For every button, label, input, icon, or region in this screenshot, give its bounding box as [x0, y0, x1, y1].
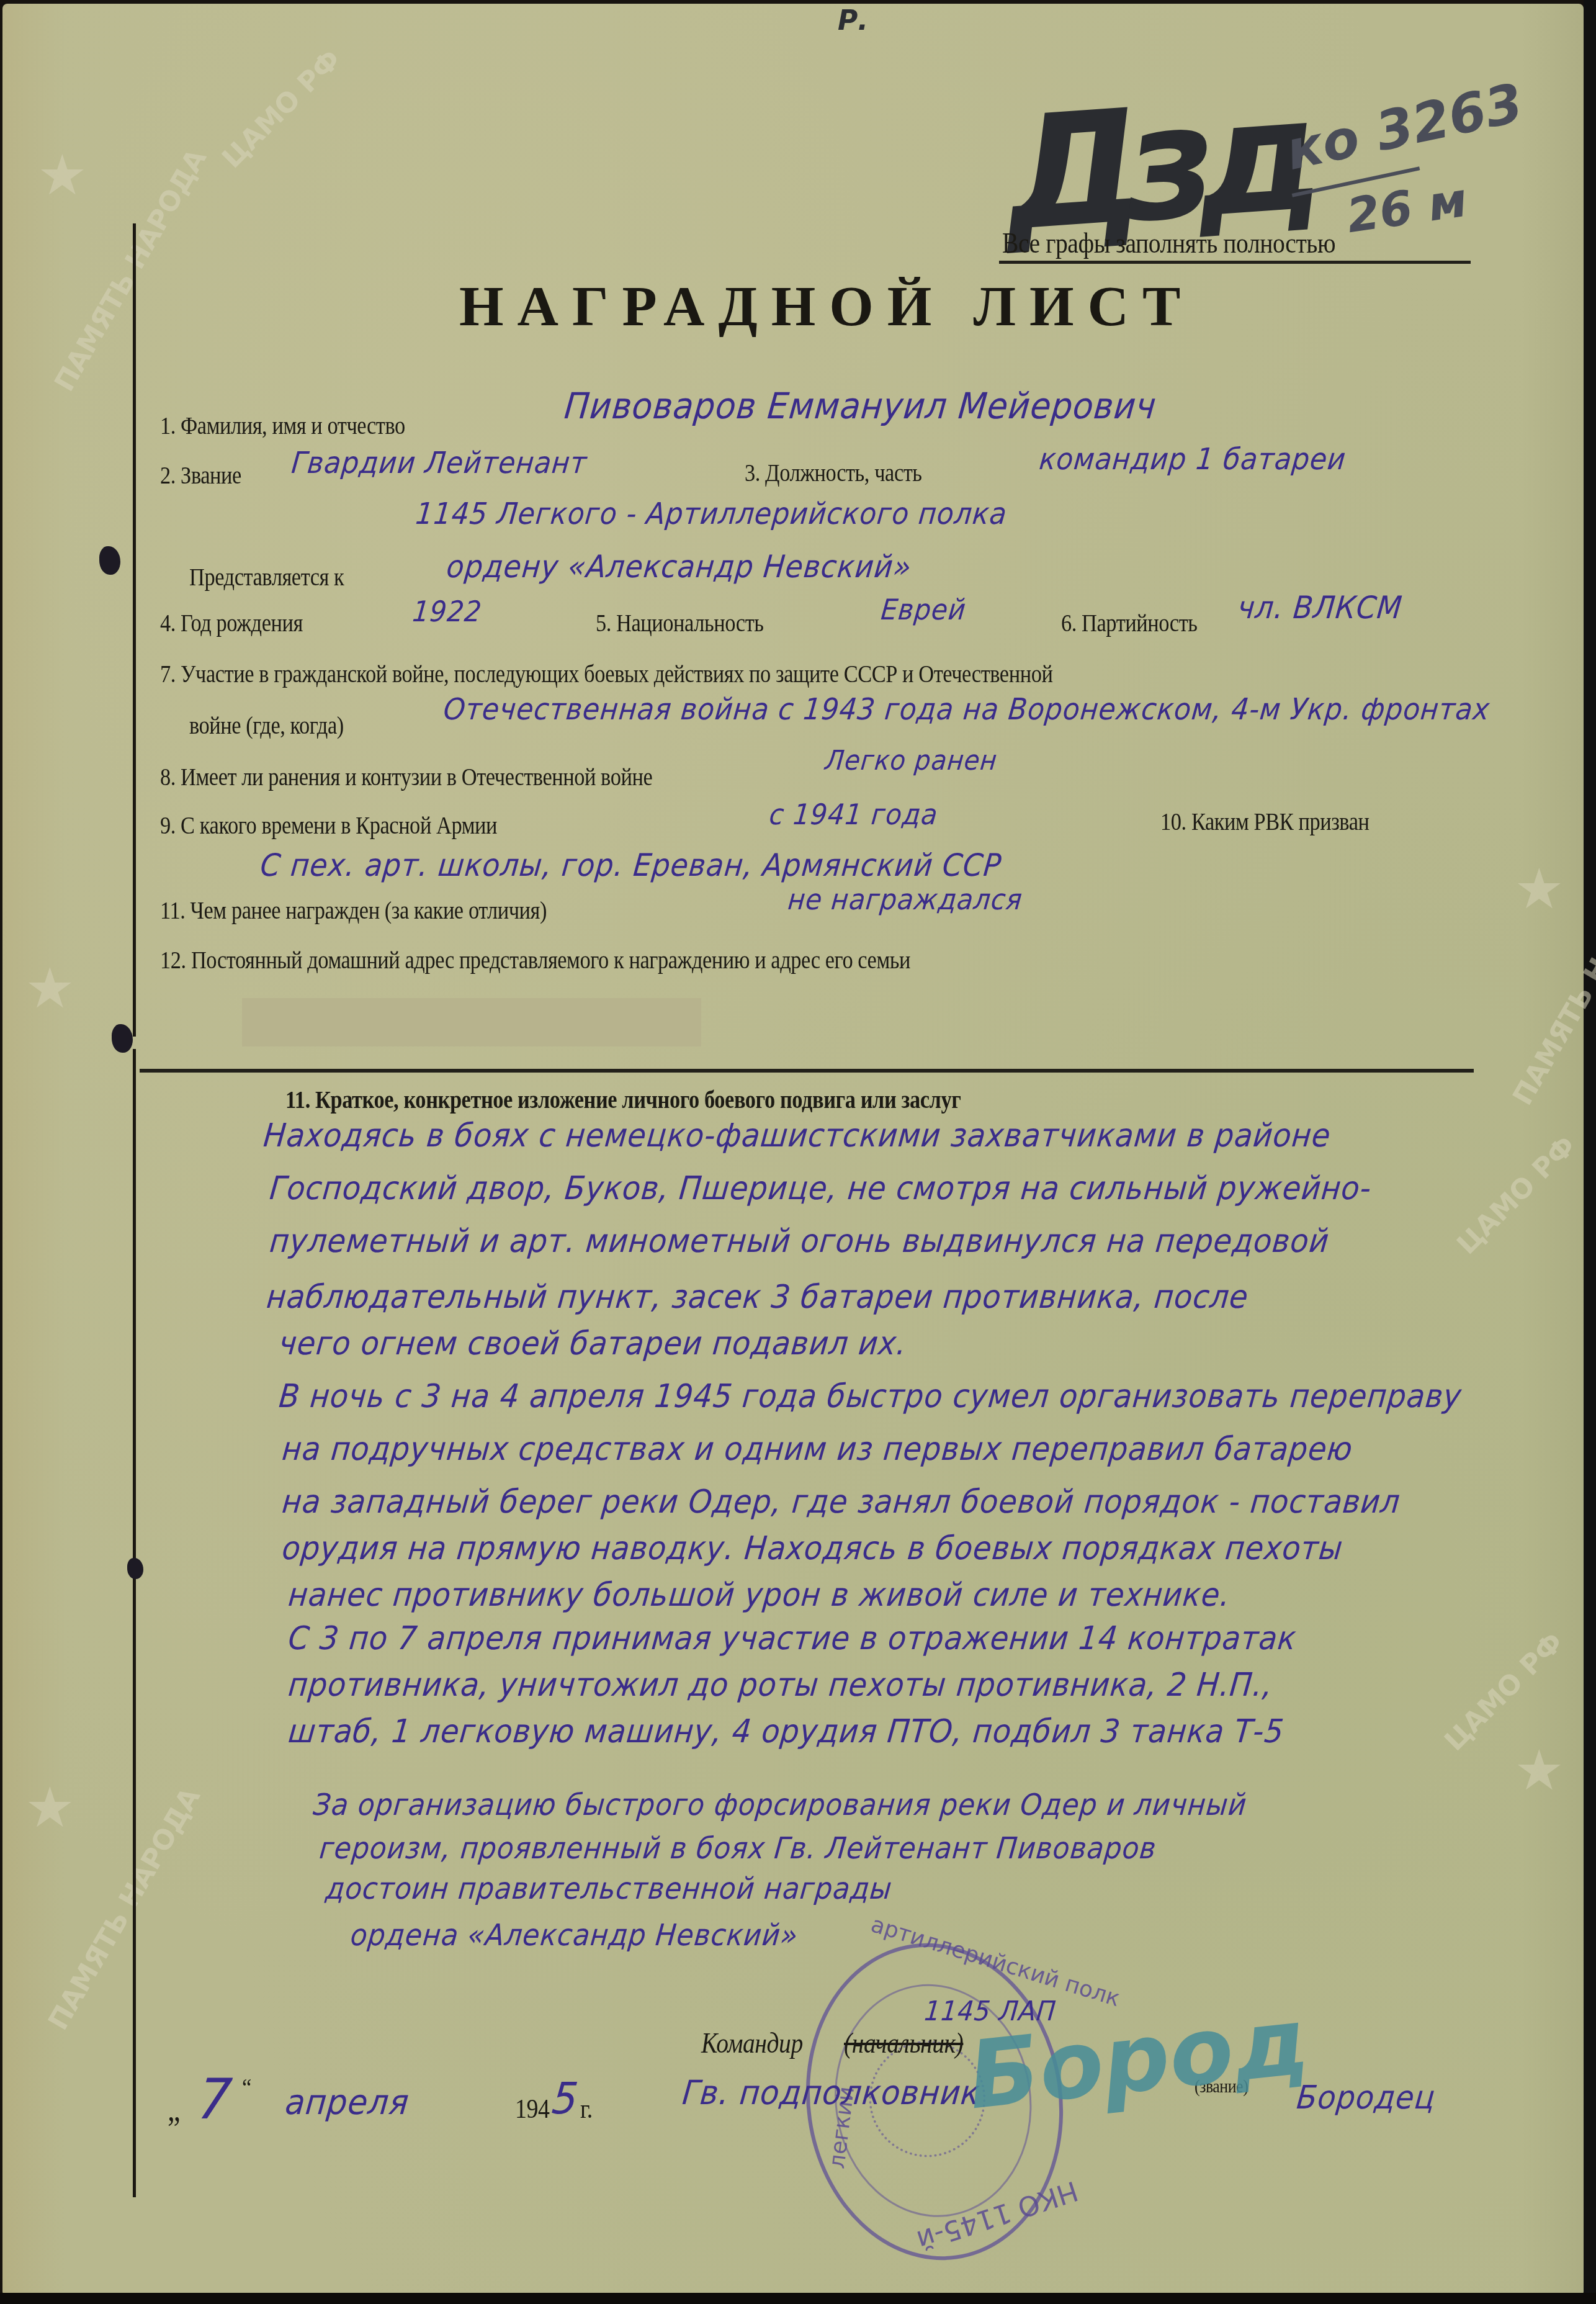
- watermark-star-icon: ★: [1514, 1738, 1564, 1803]
- commander-label: Командир: [701, 2027, 803, 2059]
- narrative-label: 11. Краткое, конкретное изложение личног…: [285, 1085, 961, 1114]
- date-day: 7: [195, 2067, 235, 2132]
- date-year-label: г.: [580, 2093, 593, 2125]
- date-close-quote: “: [242, 2073, 251, 2102]
- date-open-quote: „: [168, 2090, 180, 2129]
- field-11-label: 11. Чем ранее награжден (за какие отличи…: [160, 896, 547, 925]
- narrative-line: пулеметный и арт. минометный огонь выдви…: [268, 1223, 1331, 1260]
- award-value: ордену «Александр Невский»: [445, 549, 913, 585]
- conclusion-line: героизм, проявленный в боях Гв. Лейтенан…: [318, 1831, 1158, 1866]
- narrative-line: Находясь в боях с немецко-фашистскими за…: [262, 1117, 1332, 1154]
- margin-line: [133, 223, 136, 1037]
- field-7-value: Отечественная война с 1943 года на Ворон…: [442, 692, 1491, 727]
- commander-struck-label: (начальник): [844, 2027, 963, 2059]
- field-8-label: 8. Имеет ли ранения и контузии в Отечест…: [160, 762, 652, 791]
- field-3-value: командир 1 батареи: [1038, 442, 1347, 477]
- watermark-star-icon: ★: [1514, 857, 1564, 922]
- narrative-line: наблюдательный пункт, засек 3 батареи пр…: [265, 1279, 1250, 1316]
- field-12-label: 12. Постоянный домашний адрес представля…: [160, 945, 910, 974]
- scan-edge-bottom: [0, 2293, 1596, 2304]
- field-2-label: 2. Звание: [160, 461, 241, 490]
- narrative-line: Господский двор, Буков, Пшерице, не смот…: [268, 1170, 1373, 1207]
- field-5-value: Еврей: [879, 593, 967, 626]
- field-9-value: с 1941 года: [768, 798, 939, 831]
- margin-line: [133, 1049, 136, 2197]
- field-10-label: 10. Каким РВК призван: [1160, 807, 1370, 836]
- field-5-label: 5. Национальность: [596, 608, 764, 637]
- date-year-prefix: 194: [515, 2093, 549, 2125]
- commander-rank: Гв. подполковник: [681, 2073, 982, 2112]
- narrative-line: орудия на прямую наводку. Находясь в бое…: [280, 1530, 1345, 1567]
- watermark-star-icon: ★: [37, 143, 87, 208]
- field-3-label: 3. Должность, часть: [745, 458, 922, 487]
- scan-edge-right: [1584, 0, 1596, 2304]
- narrative-line: В ночь с 3 на 4 апреля 1945 года быстро …: [277, 1378, 1463, 1415]
- page-title: НАГРАДНОЙ ЛИСТ: [459, 273, 1194, 339]
- instruction-text: Все графы заполнять полностью: [1002, 227, 1335, 259]
- narrative-line: чего огнем своей батареи подавил их.: [277, 1325, 908, 1362]
- binding-hole: [127, 1558, 143, 1579]
- narrative-line: на подручных средствах и одним из первых…: [280, 1431, 1355, 1468]
- watermark-star-icon: ★: [25, 1775, 75, 1840]
- field-1-value: Пивоваров Еммануил Мейерович: [563, 385, 1159, 427]
- date-year-suffix: 5: [550, 2073, 581, 2124]
- conclusion-line: За организацию быстрого форсирования рек…: [312, 1788, 1249, 1822]
- field-9-value-line2: С пех. арт. школы, гор. Ереван, Армянски…: [259, 847, 1003, 883]
- field-2-value: Гвардии Лейтенант: [290, 446, 588, 480]
- section-divider: [140, 1069, 1474, 1073]
- date-month: апреля: [284, 2082, 411, 2123]
- field-6-value: чл. ВЛКСМ: [1236, 590, 1404, 626]
- field-8-value: Легко ранен: [824, 745, 999, 776]
- narrative-line: нанес противнику большой урон в живой си…: [287, 1577, 1232, 1614]
- field-7-label-line2: войне (где, когда): [189, 711, 344, 740]
- field-9-label: 9. С какого времени в Красной Армии: [160, 811, 497, 840]
- instruction-underline: [999, 261, 1471, 264]
- narrative-line: штаб, 1 легковую машину, 4 орудия ПТО, п…: [287, 1713, 1286, 1750]
- field-4-label: 4. Год рождения: [160, 608, 303, 637]
- redacted-address: [242, 998, 701, 1046]
- field-3-value-line2: 1145 Легкого - Артиллерийского полка: [414, 497, 1008, 531]
- narrative-line: на западный берег реки Одер, где занял б…: [280, 1483, 1402, 1521]
- field-4-value: 1922: [411, 595, 483, 628]
- narrative-line: противника, уничтожил до роты пехоты про…: [287, 1667, 1275, 1704]
- award-label: Представляется к: [189, 562, 344, 592]
- field-11-value: не награждался: [786, 883, 1024, 916]
- corner-mark: Р.: [838, 5, 868, 37]
- field-1-label: 1. Фамилия, имя и отчество: [160, 411, 405, 440]
- conclusion-line: достоин правительственной награды: [324, 1871, 894, 1906]
- watermark-star-icon: ★: [25, 956, 75, 1021]
- conclusion-line: ордена «Александр Невский»: [349, 1918, 799, 1953]
- commander-name: Бородец: [1295, 2079, 1437, 2117]
- narrative-line: С 3 по 7 апреля принимая участие в отраж…: [287, 1620, 1298, 1657]
- field-6-label: 6. Партийность: [1061, 608, 1198, 637]
- field-7-label: 7. Участие в гражданской войне, последую…: [160, 659, 1052, 688]
